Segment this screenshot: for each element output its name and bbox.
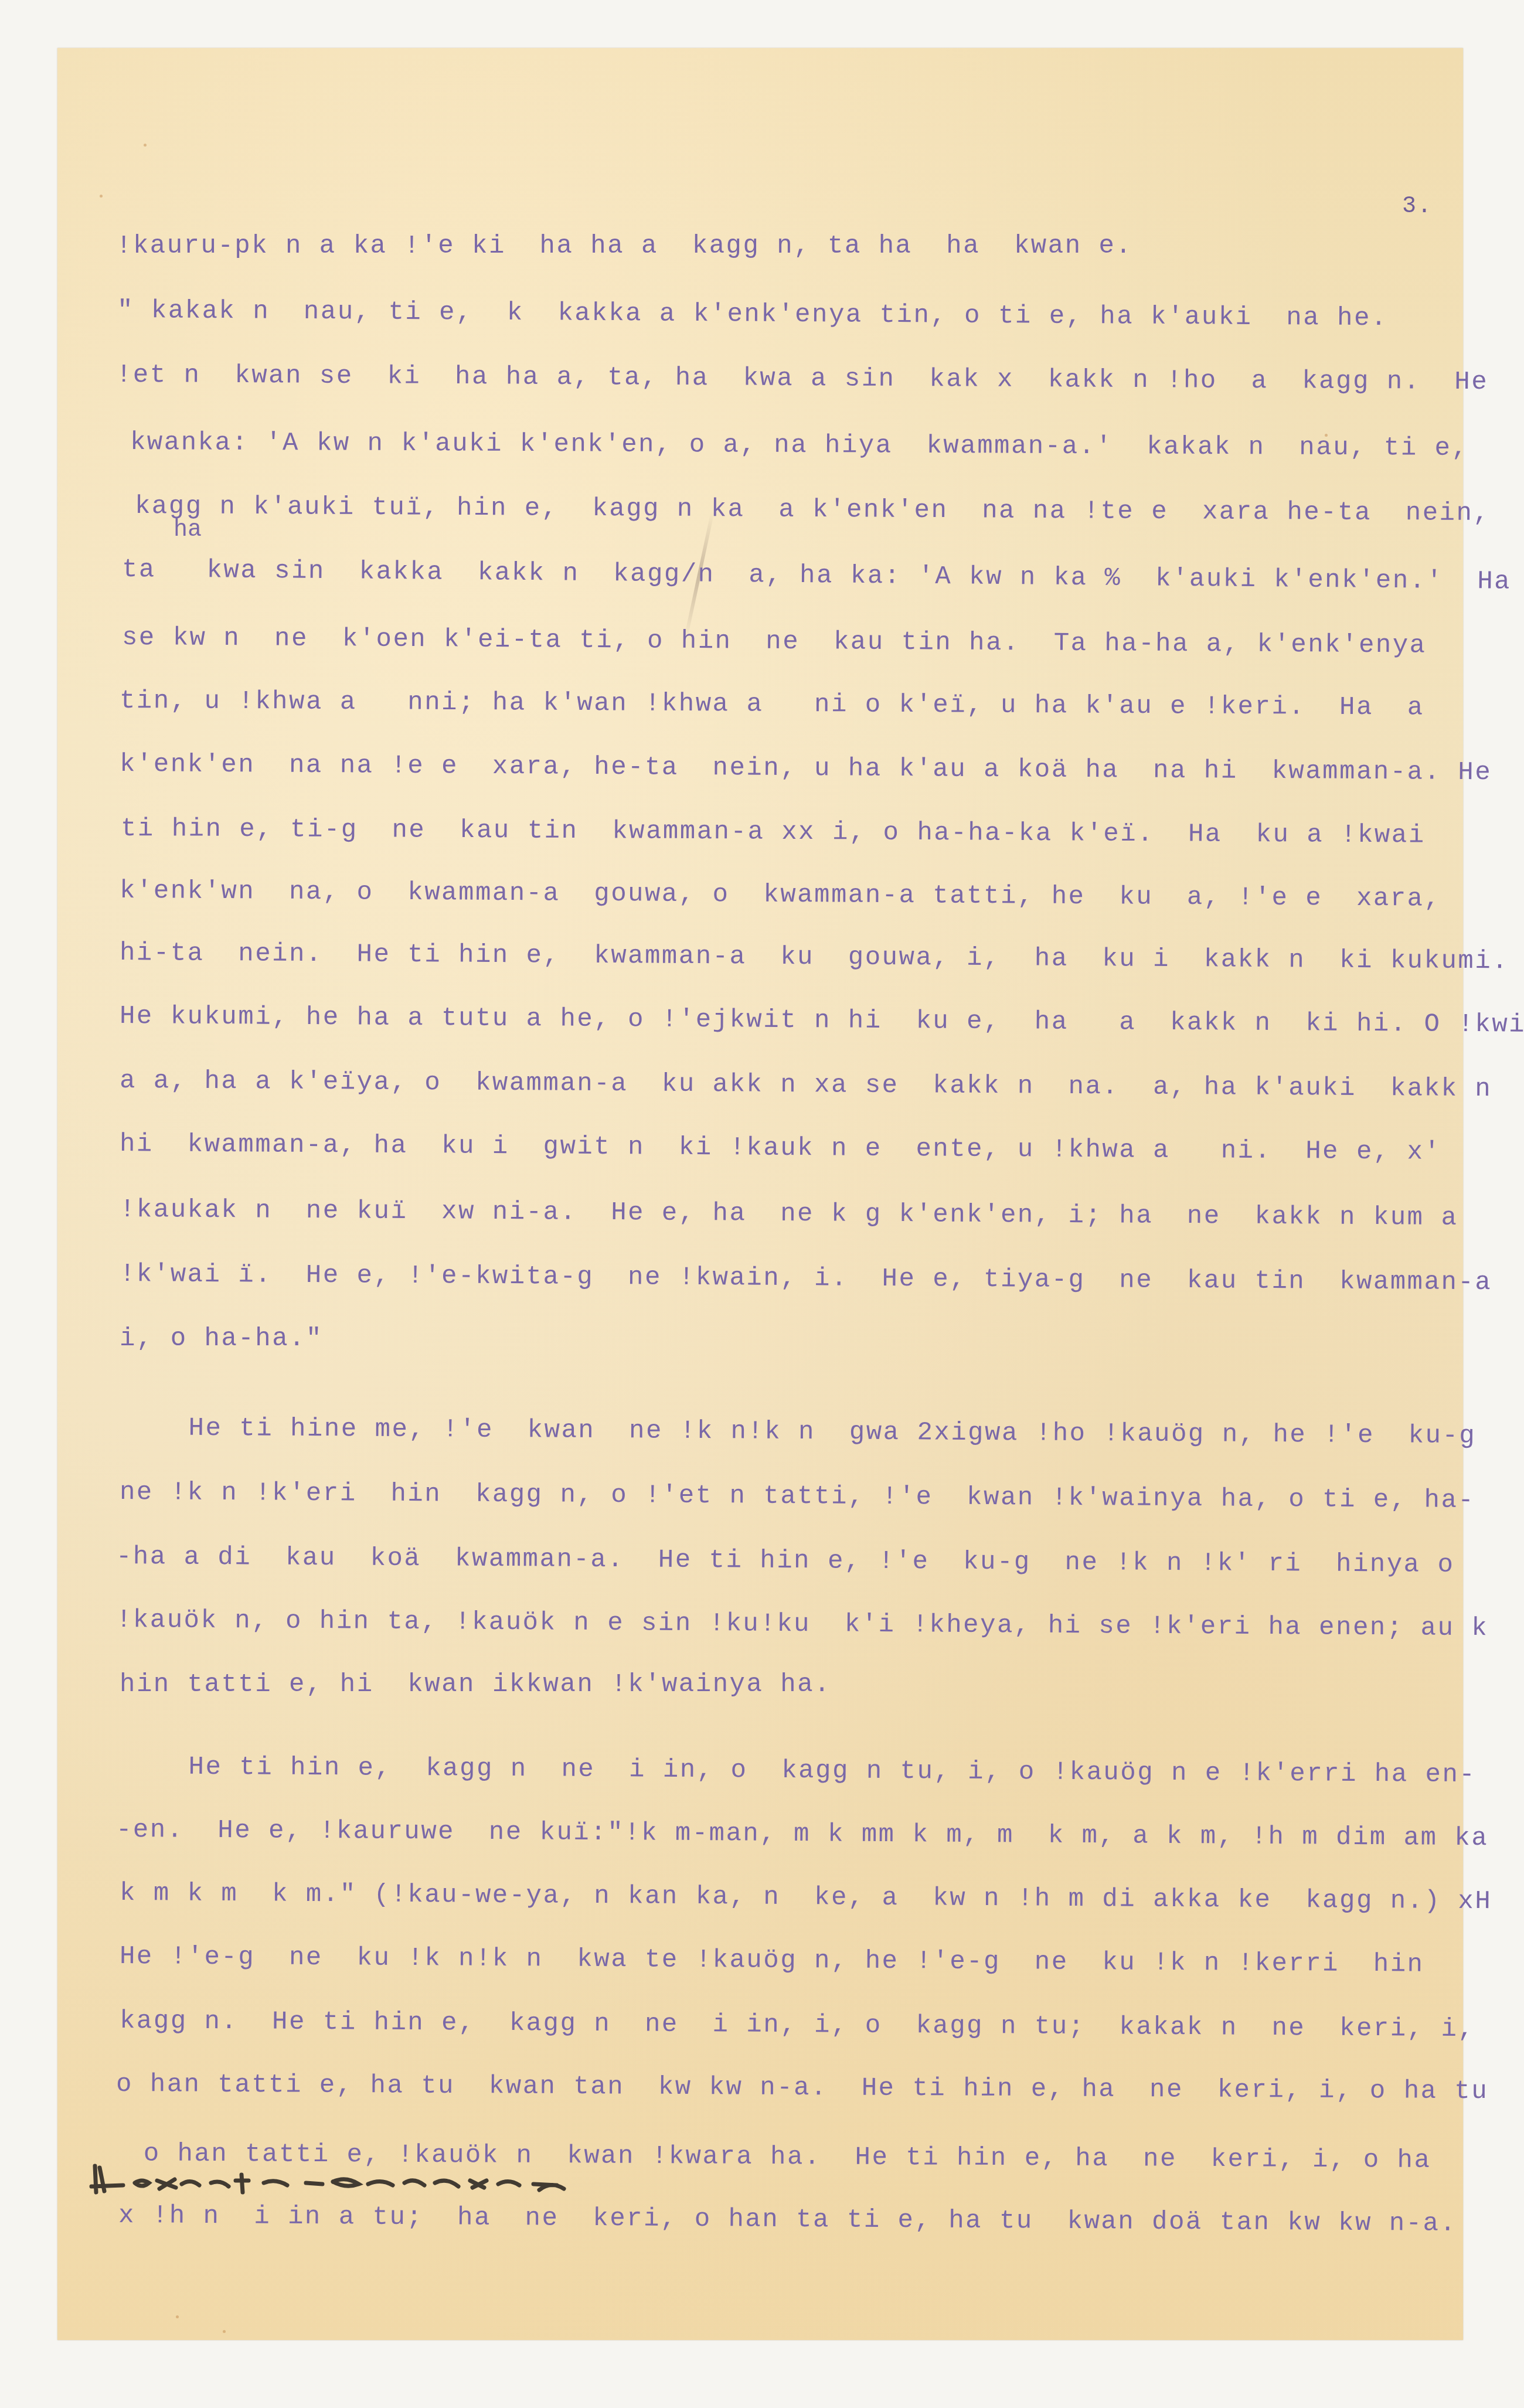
text-line: kwanka: 'A kw n k'auki k'enk'en, o a, na… (130, 426, 1469, 465)
text-line: hin tatti e, hi kwan ikkwan !k'wainya ha… (120, 1668, 831, 1701)
text-line: tin, u !khwa a nni; ha k'wan !khwa a ni … (120, 685, 1424, 725)
paper-speck (100, 195, 103, 198)
text-line: !kauru-pk n a ka !'e ki ha ha a kagg n, … (116, 230, 1132, 263)
text-line: i, o ha-ha." (120, 1322, 323, 1355)
text-line: ti hin e, ti-g ne kau tin kwamman-a xx i… (121, 812, 1426, 852)
interlinear-insertion: ha (174, 516, 202, 545)
page-number: 3. (1402, 193, 1433, 220)
paper-speck (223, 2330, 226, 2333)
paper-speck (1325, 434, 1328, 437)
struck-out-line: o han tatti e, !kauök n kwan !kwara ha. … (93, 2137, 1431, 2177)
paper-speck (144, 144, 147, 147)
paper-speck (176, 2315, 179, 2318)
